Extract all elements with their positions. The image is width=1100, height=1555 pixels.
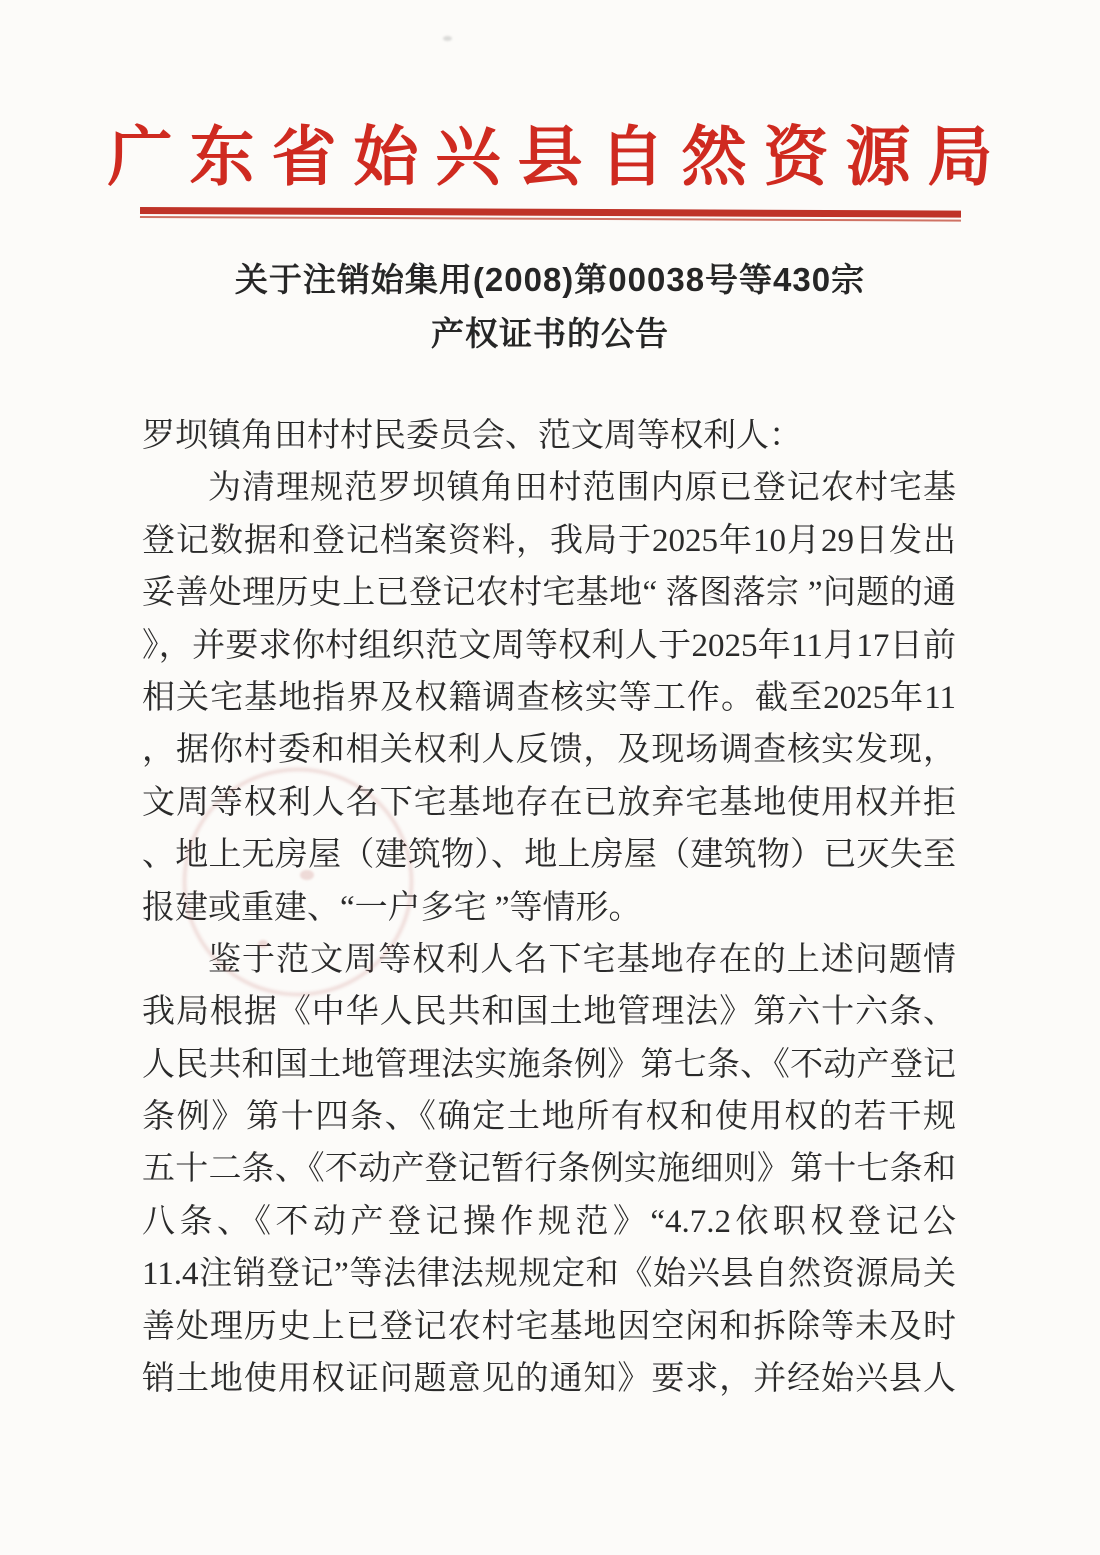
document-title: 关于注销始集用(2008)第00038号等430宗 产权证书的公告 (0, 253, 1100, 361)
official-seal-stamp (183, 768, 413, 996)
document-title-line2: 产权证书的公告 (0, 307, 1100, 361)
body-line: 11.4注销登记”等法律法规规定和《始兴县自然资源局关于妥 (142, 1248, 956, 1300)
body-line: 》，并要求你村组织范文周等权利人于2025年11月17日前开展 (142, 620, 956, 672)
body-line: 登记数据和登记档案资料，我局于2025年10月29日发出《关于 (142, 515, 956, 567)
body-line: 条例》第十四条、《确定土地所有权和使用权的若干规定》第 (142, 1091, 956, 1143)
scan-artifact (443, 36, 452, 41)
body-line: 八条、《不动产登记操作规范》“4.7.2依职权登记公告”和“ (142, 1196, 956, 1248)
seal-ink-speck (258, 940, 268, 948)
body-line: 相关宅基地指界及权籍调查核实等工作。截至2025年11月17日 (142, 672, 956, 724)
document-title-line1: 关于注销始集用(2008)第00038号等430宗 (0, 253, 1100, 307)
document-page: 广东省始兴县自然资源局 关于注销始集用(2008)第00038号等430宗 产权… (0, 0, 1100, 1555)
body-line: 妥善处理历史上已登记农村宅基地“ 落图落宗 ”问题的通知 (142, 567, 956, 619)
body-line: 我局根据《中华人民共和国土地管理法》第六十六条、《中华 (142, 986, 956, 1038)
body-line: 为清理规范罗坝镇角田村范围内原已登记农村宅基地权证 (142, 462, 956, 514)
body-line: ，据你村委和相关权利人反馈，及现场调查核实发现，你村范 (142, 724, 956, 776)
letterhead-divider (140, 207, 961, 222)
body-line: 人民共和国土地管理法实施条例》第七条、《不动产登记暂行 (142, 1039, 956, 1091)
body-line: 销土地使用权证问题意见的通知》要求，并经始兴县人民政府 (142, 1353, 956, 1405)
body-line: 五十二条、《不动产登记暂行条例实施细则》第十七条和第十 (142, 1143, 956, 1195)
body-line: 罗坝镇角田村村民委员会、范文周等权利人： (142, 410, 956, 462)
agency-letterhead: 广东省始兴县自然资源局 (0, 122, 1100, 194)
seal-ink-speck (300, 870, 314, 880)
body-line: 善处理历史上已登记农村宅基地因空闲和拆除等未及时收回注 (142, 1301, 956, 1353)
